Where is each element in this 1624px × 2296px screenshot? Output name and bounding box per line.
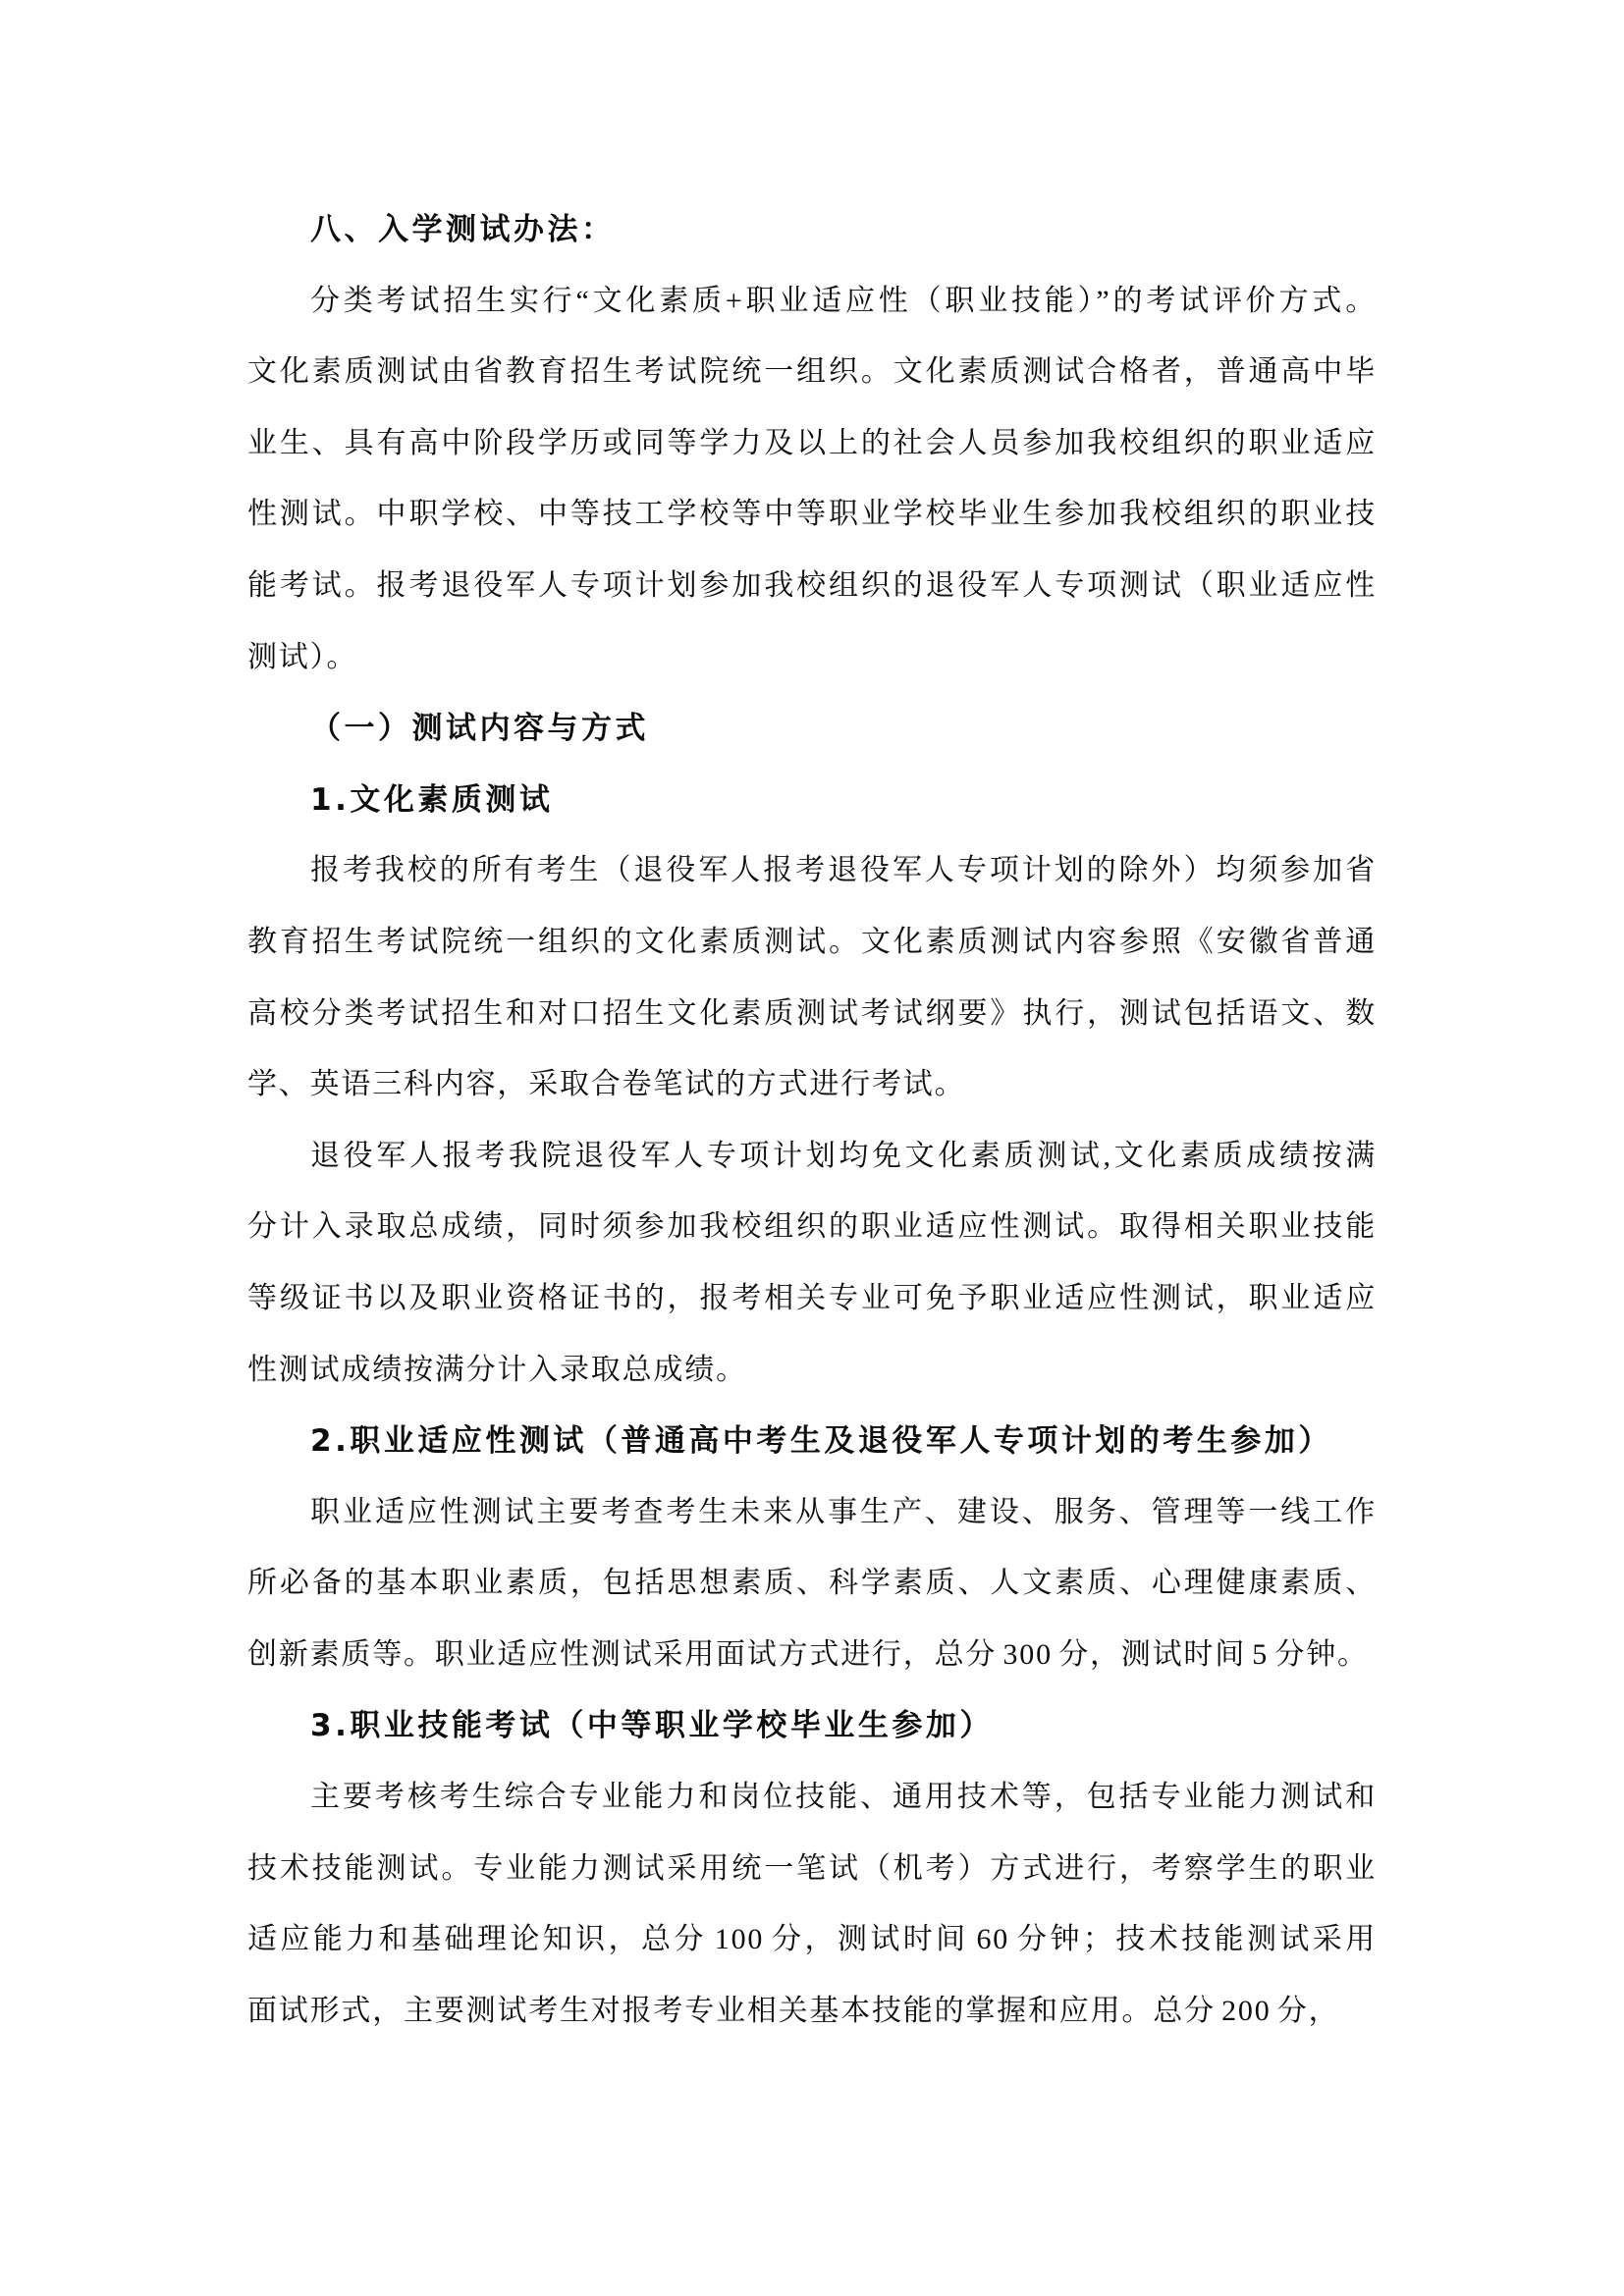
numbered-heading: 2.职业适应性测试（普通高中考生及退役军人专项计划的考生参加）: [247, 1406, 1377, 1477]
heading-line: （一）测试内容与方式: [247, 693, 1377, 765]
text-line: 主要考核考生综合专业能力和岗位技能、通用技术等，包括专业能力测试和: [247, 1762, 1377, 1834]
paragraph: 报考我校的所有考生（退役军人报考退役军人专项计划的除外）均须参加省 教育招生考试…: [247, 835, 1377, 1120]
paragraph: 主要考核考生综合专业能力和岗位技能、通用技术等，包括专业能力测试和 技术技能测试…: [247, 1762, 1377, 2047]
section-heading: 八、入学测试办法：: [247, 194, 1377, 266]
paragraph: 分类考试招生实行“文化素质+职业适应性（职业技能）”的考试评价方式。 文化素质测…: [247, 266, 1377, 694]
paragraph: 退役军人报考我院退役军人专项计划均免文化素质测试,文化素质成绩按满 分计入录取总…: [247, 1121, 1377, 1406]
text-line: 技术技能测试。专业能力测试采用统一笔试（机考）方式进行，考察学生的职业: [247, 1834, 1377, 1905]
text-line: 测试）。: [247, 622, 1377, 694]
text-line: 职业适应性测试主要考查考生未来从事生产、建设、服务、管理等一线工作: [247, 1477, 1377, 1549]
numbered-heading: 1.文化素质测试: [247, 765, 1377, 836]
text-line: 能考试。报考退役军人专项计划参加我校组织的退役军人专项测试（职业适应性: [247, 551, 1377, 622]
subsection-heading: （一）测试内容与方式: [247, 693, 1377, 765]
text-line: 文化素质测试由省教育招生考试院统一组织。文化素质测试合格者，普通高中毕: [247, 337, 1377, 408]
text-line: 业生、具有高中阶段学历或同等学力及以上的社会人员参加我校组织的职业适应: [247, 408, 1377, 480]
text-line: 分计入录取总成绩，同时须参加我校组织的职业适应性测试。取得相关职业技能: [247, 1192, 1377, 1263]
heading-line: 3.职业技能考试（中等职业学校毕业生参加）: [247, 1690, 1377, 1762]
text-line: 所必备的基本职业素质，包括思想素质、科学素质、人文素质、心理健康素质、: [247, 1548, 1377, 1620]
heading-line: 2.职业适应性测试（普通高中考生及退役军人专项计划的考生参加）: [247, 1406, 1377, 1477]
text-line: 性测试成绩按满分计入录取总成绩。: [247, 1335, 1377, 1407]
text-line: 性测试。中职学校、中等技工学校等中等职业学校毕业生参加我校组织的职业技: [247, 479, 1377, 551]
text-line: 学、英语三科内容，采取合卷笔试的方式进行考试。: [247, 1049, 1377, 1121]
heading-line: 八、入学测试办法：: [247, 194, 1377, 266]
text-line: 等级证书以及职业资格证书的，报考相关专业可免予职业适应性测试，职业适应: [247, 1263, 1377, 1335]
text-line: 分类考试招生实行“文化素质+职业适应性（职业技能）”的考试评价方式。: [247, 266, 1377, 338]
numbered-heading: 3.职业技能考试（中等职业学校毕业生参加）: [247, 1690, 1377, 1762]
text-line: 面试形式，主要测试考生对报考专业相关基本技能的掌握和应用。总分 200 分，: [247, 1976, 1377, 2048]
text-line: 高校分类考试招生和对口招生文化素质测试考试纲要》执行，测试包括语文、数: [247, 979, 1377, 1050]
document-body: 八、入学测试办法： 分类考试招生实行“文化素质+职业适应性（职业技能）”的考试评…: [247, 194, 1377, 2047]
text-line: 创新素质等。职业适应性测试采用面试方式进行，总分 300 分，测试时间 5 分钟…: [247, 1620, 1377, 1691]
text-line: 报考我校的所有考生（退役军人报考退役军人专项计划的除外）均须参加省: [247, 835, 1377, 907]
paragraph: 职业适应性测试主要考查考生未来从事生产、建设、服务、管理等一线工作 所必备的基本…: [247, 1477, 1377, 1691]
text-line: 适应能力和基础理论知识，总分 100 分，测试时间 60 分钟；技术技能测试采用: [247, 1904, 1377, 1976]
text-line: 退役军人报考我院退役军人专项计划均免文化素质测试,文化素质成绩按满: [247, 1121, 1377, 1193]
heading-line: 1.文化素质测试: [247, 765, 1377, 836]
document-page: 八、入学测试办法： 分类考试招生实行“文化素质+职业适应性（职业技能）”的考试评…: [0, 0, 1624, 2296]
text-line: 教育招生考试院统一组织的文化素质测试。文化素质测试内容参照《安徽省普通: [247, 907, 1377, 979]
